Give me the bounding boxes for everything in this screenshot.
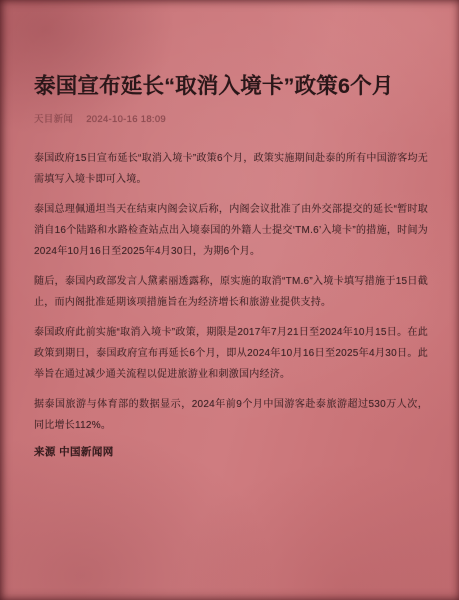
byline: 天目新闻2024-10-16 18:09 [34,113,428,126]
paragraph-1: 泰国政府15日宣布延长“取消入境卡”政策6个月，政策实施期间赴泰的所有中国游客均… [34,148,428,190]
news-article-photo: 泰国宣布延长“取消入境卡”政策6个月 天目新闻2024-10-16 18:09 … [0,0,459,600]
byline-source: 天目新闻 [34,114,73,125]
paragraph-2: 泰国总理佩通坦当天在结束内阁会议后称，内阁会议批准了由外交部提交的延长“暂时取消… [34,199,428,262]
source-line: 来源 中国新闻网 [34,445,428,459]
paragraph-5: 据泰国旅游与体育部的数据显示，2024年前9个月中国游客赴泰旅游超过530万人次… [34,394,428,436]
paragraph-4: 泰国政府此前实施“取消入境卡”政策，期限是2017年7月21日至2024年10月… [34,322,428,385]
byline-datetime: 2024-10-16 18:09 [86,114,166,125]
article-title: 泰国宣布延长“取消入境卡”政策6个月 [34,73,428,100]
article-body: 泰国政府15日宣布延长“取消入境卡”政策6个月，政策实施期间赴泰的所有中国游客均… [34,148,428,436]
article-content: 泰国宣布延长“取消入境卡”政策6个月 天目新闻2024-10-16 18:09 … [34,73,428,459]
paragraph-3: 随后，泰国内政部发言人黛素丽透露称，原实施的取消“TM.6”入境卡填写措施于15… [34,271,428,313]
